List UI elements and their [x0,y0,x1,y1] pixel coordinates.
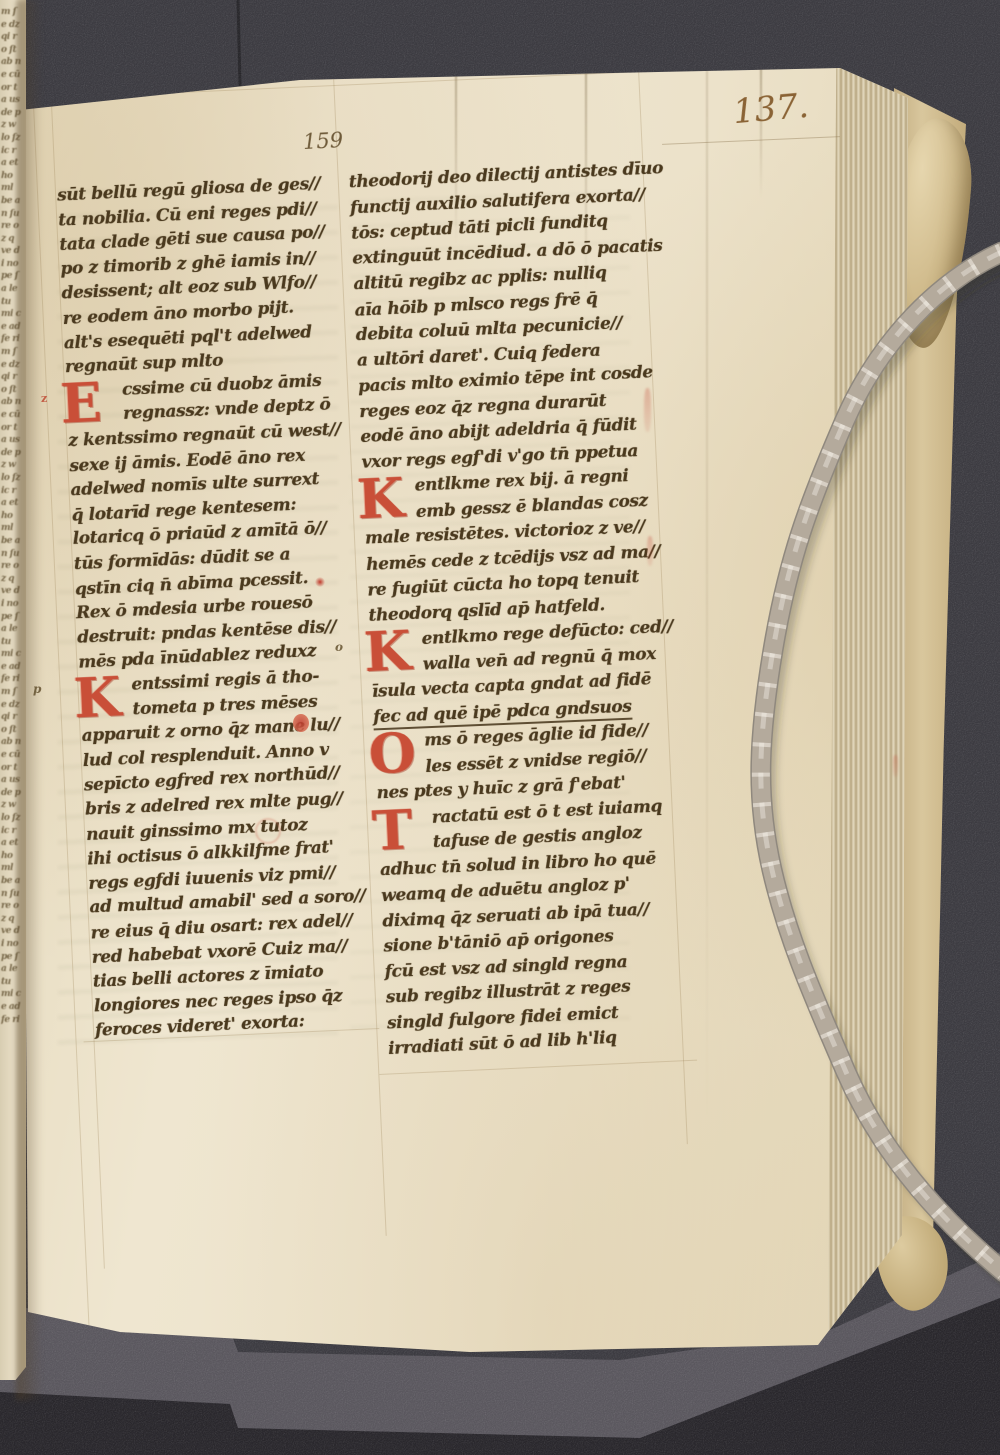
parchment-crease [760,68,762,198]
manuscript-text-line: feroces videret' exorta: [95,1012,305,1041]
rubric-initial: K [363,623,421,679]
manuscript-text-line: regnassz: vnde deptz ō [123,395,331,424]
rubric-initial: E [59,374,117,430]
rubric-initial: K [73,669,131,725]
manuscript-text-line: tometa p tres mēses [132,691,318,719]
manuscript-text-line: walla ven̄ ad regnū q̄ mox [422,644,656,675]
red-ring [255,818,281,844]
gutter-shadow [16,0,42,1400]
rubric-initial: O [368,725,426,781]
folio-number-secondary: 159 [302,123,344,159]
manuscript-text-line: sione b'tāniō ap̄ origones [383,926,614,956]
manuscript-page-recto: 137. 159 sūt bellū regū gliosa de ges//t… [0,0,1000,1455]
red-smudge [647,536,653,566]
manuscript-text-line: irradiati sūt ō ad lib h'liq [388,1028,617,1059]
ruling-line-top [35,69,696,100]
margin-mark: o [335,640,343,654]
folio-number-ink: 137. [732,89,810,129]
manuscript-text-line: cssime cū duobz āmis [122,371,322,400]
red-dot [315,577,325,587]
red-smudge [893,755,898,777]
open-manuscript-book: 137. 159 sūt bellū regū gliosa de ges//t… [0,0,1000,1455]
fore-edge-page-stack [828,66,910,1356]
red-blot [293,714,309,732]
rubric-initial: T [371,801,429,857]
manuscript-text-line: fcū est vsz ad singld regna [384,952,627,982]
manuscript-text-line: les essēt z vnidse regiō// [425,746,647,777]
manuscript-text-line: longiores nec reges ipso q̄z [94,986,343,1016]
text-column-left: sūt bellū regū gliosa de ges//ta nobilia… [57,173,381,1165]
text-column-right: theodorij deo dilectij antistes dīuofunc… [348,159,696,1152]
manuscript-text-line: entssimi regis ā tho- [131,666,319,694]
manuscript-photograph: { "folios": { "ink": "137.", "secondary"… [0,0,1000,1455]
text-block: sūt bellū regū gliosa de ges//ta nobilia… [50,141,733,1129]
rubric-initial: K [356,470,414,526]
red-smudge [644,388,651,432]
manuscript-text-line: entlkme rex bij. ā regni [414,466,629,496]
manuscript-text-line: emb gessz ē blandas cosz [415,490,648,522]
manuscript-text-line: tafuse de gestis angloz [432,823,642,852]
